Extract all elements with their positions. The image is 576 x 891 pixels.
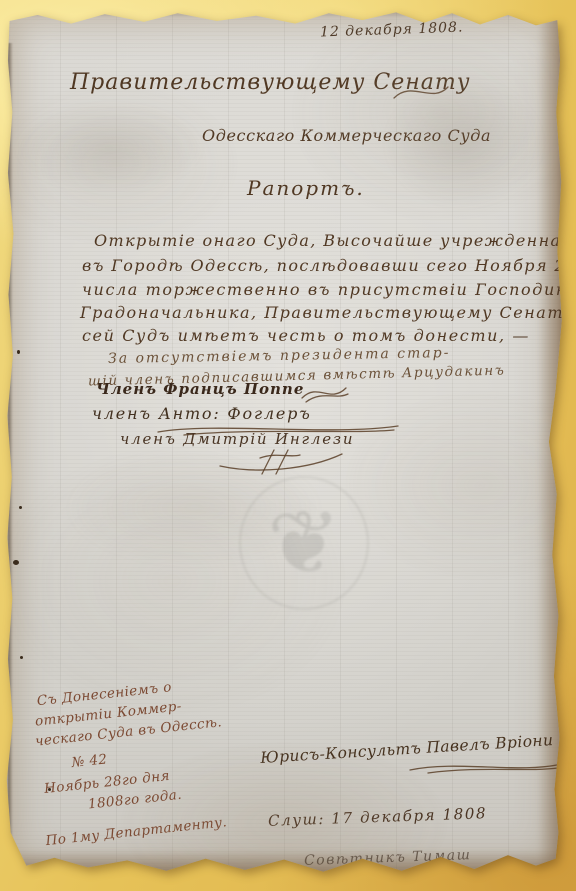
signature-paraph bbox=[300, 380, 350, 406]
binding-edge-left bbox=[8, 43, 13, 850]
embossed-watermark: ❦ bbox=[209, 458, 399, 628]
watermark-ring bbox=[239, 476, 369, 610]
paper-speck bbox=[20, 656, 23, 659]
postscript-line: За отсутствіемъ президента стар- bbox=[108, 345, 451, 367]
registry-note: Съ Донесеніемъ о открытіи Коммер- ческаг… bbox=[30, 672, 233, 851]
top-date-annotation: 12 декабря 1808. bbox=[320, 20, 464, 41]
signature-line: членъ Анто: Фоглеръ bbox=[92, 404, 312, 423]
report-title: Рапортъ. bbox=[247, 176, 365, 200]
paper-speck bbox=[17, 350, 20, 354]
ink-bleedthrough bbox=[14, 103, 204, 193]
body-line: сей Судъ имѣетъ честь о томъ донести, — bbox=[82, 326, 530, 345]
torn-edge-top bbox=[4, 8, 564, 18]
clerk-signature: Юрисъ-Консультъ Павелъ Вріони bbox=[260, 731, 554, 767]
paper-sheet: ❦ 12 декабря 1808. Правительствующему Се… bbox=[4, 8, 564, 876]
watermark-crest-icon: ❦ bbox=[267, 499, 341, 587]
scanned-document-photo: ❦ 12 декабря 1808. Правительствующему Се… bbox=[0, 0, 576, 891]
trimmed-bottom-text: Совѣтникъ Тимаш bbox=[304, 847, 472, 869]
ink-bleedthrough bbox=[64, 448, 324, 568]
signature-line: членъ Дмитрій Инглези bbox=[120, 430, 354, 448]
body-line: Открытіе онаго Суда, Высочайше учрежденн… bbox=[94, 231, 576, 250]
heard-date-line: Слуш: 17 декабря 1808 bbox=[268, 804, 488, 830]
addressee-line: Правительствующему Сенату bbox=[70, 70, 470, 95]
torn-edge-bottom bbox=[4, 850, 564, 876]
clerk-signature-underline bbox=[408, 756, 564, 776]
paper-speck bbox=[19, 506, 22, 509]
paper-speck bbox=[13, 560, 19, 565]
manuscript-page: ❦ 12 декабря 1808. Правительствующему Се… bbox=[4, 8, 564, 876]
signature-paraph bbox=[216, 446, 348, 478]
body-line: числа торжественно въ присутствіи Господ… bbox=[82, 280, 576, 299]
body-line: въ Городѣ Одессѣ, послѣдовавши сего Нояб… bbox=[82, 256, 576, 275]
registry-note-line: По 1му Департаменту. bbox=[45, 812, 234, 852]
sender-line: Одесскаго Коммерческаго Суда bbox=[202, 126, 491, 145]
body-line: Градоначальника, Правительствующему Сена… bbox=[80, 303, 575, 322]
signature-line: Членъ Францъ Поппе bbox=[96, 380, 304, 398]
